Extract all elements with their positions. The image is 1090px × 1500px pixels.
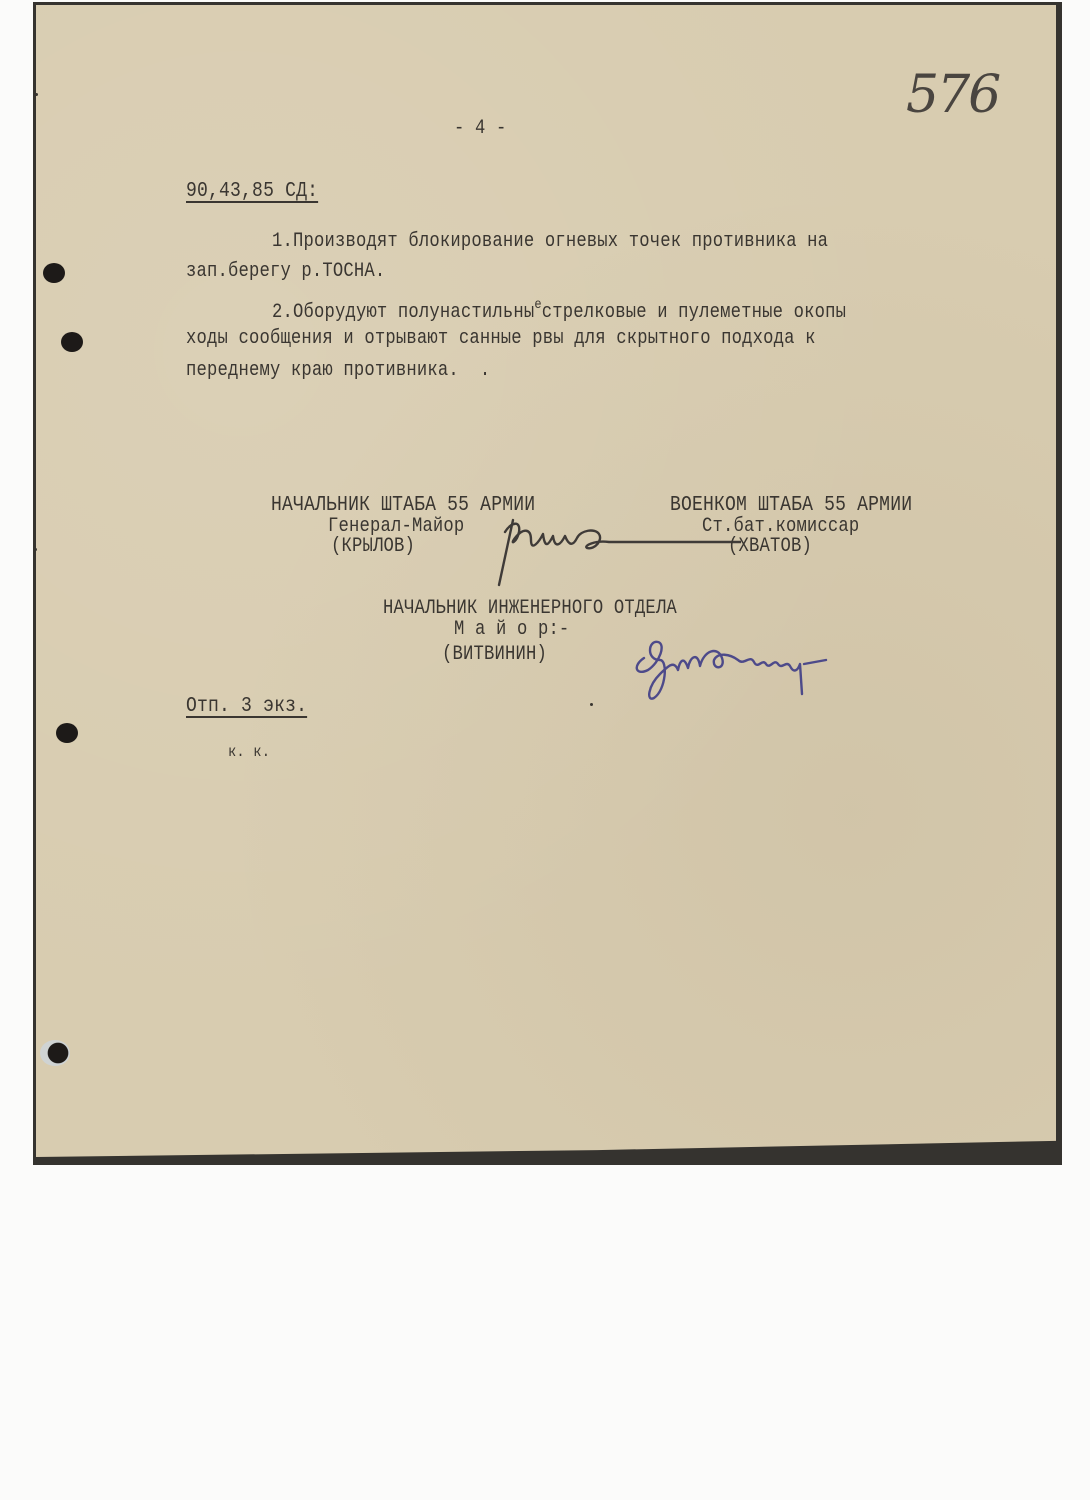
punch-hole <box>40 1040 70 1066</box>
punch-hole <box>61 332 83 352</box>
punch-hole <box>43 263 65 283</box>
paragraph-2-line-1-post: стрелковые и пулеметные окопы <box>542 301 846 324</box>
typist-initials: к. к. <box>228 743 270 761</box>
military-commissar-title: ВОЕНКОМ ШТАБА 55 АРМИИ <box>670 494 912 517</box>
military-commissar-name: (ХВАТОВ) <box>728 535 812 558</box>
vitvinin-signature <box>626 630 896 705</box>
superscript-correction: е <box>534 297 541 313</box>
paragraph-2-line-1: 2.Оборудуют полунастильныестрелковые и п… <box>272 297 846 324</box>
speck <box>590 703 593 706</box>
paragraph-2-line-3: переднему краю противника. . <box>186 359 490 382</box>
paragraph-2-line-2: ходы сообщения и отрывают санные рвы для… <box>186 327 816 350</box>
engineering-chief-name: (ВИТВИНИН) <box>442 643 547 666</box>
paragraph-1-line-1: 1.Производят блокирование огневых точек … <box>272 230 828 253</box>
document-page: 576 - 4 - 90,43,85 СД: 1.Производят блок… <box>36 5 1056 1157</box>
unit-heading: 90,43,85 СД: <box>186 180 318 203</box>
archive-sheet-number: 576 <box>906 65 999 125</box>
paragraph-2-line-1-pre: 2.Оборудуют полунастильны <box>272 301 534 324</box>
engineering-chief-rank: М а й о р:- <box>454 618 569 641</box>
punch-hole <box>56 723 78 743</box>
copies-note: Отп. 3 экз. <box>186 695 307 718</box>
page-number: - 4 - <box>454 117 506 140</box>
paragraph-1-line-2: зап.берегу р.ТОСНА. <box>186 260 385 283</box>
engineering-chief-title: НАЧАЛЬНИК ИНЖЕНЕРНОГО ОТДЕЛА <box>383 597 677 620</box>
chief-of-staff-name: (КРЫЛОВ) <box>331 535 415 558</box>
